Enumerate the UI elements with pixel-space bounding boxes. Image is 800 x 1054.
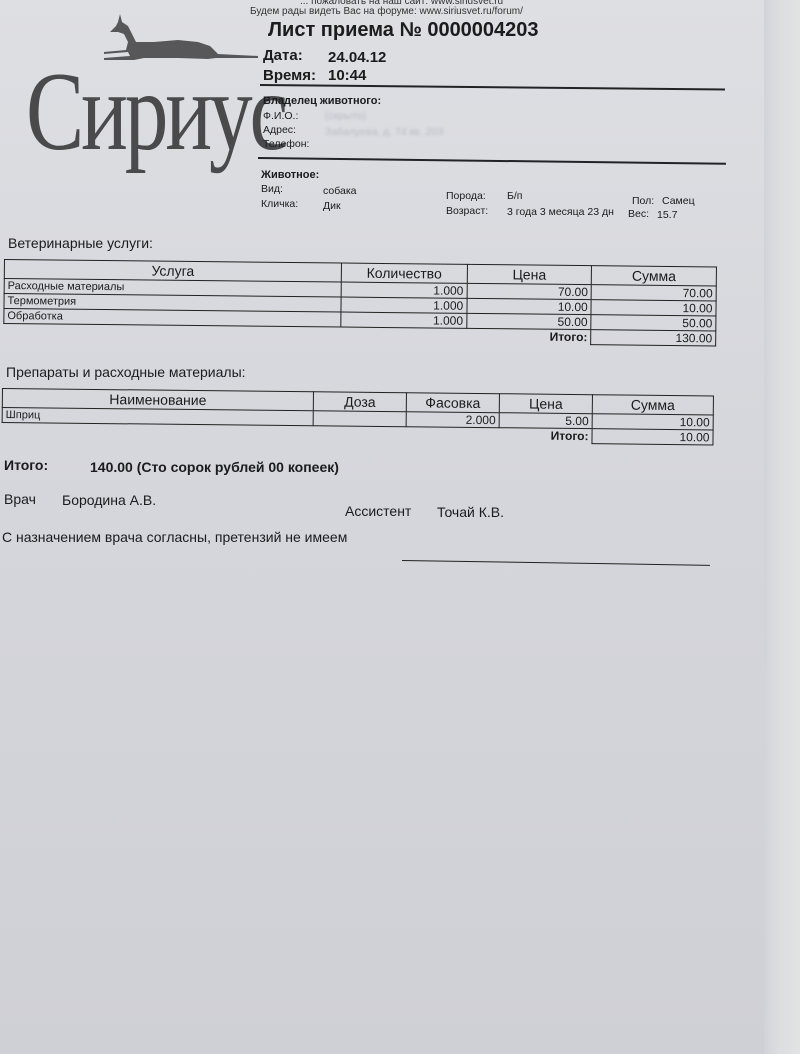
col-price: Цена (499, 394, 592, 414)
assistant-name: Точай К.В. (437, 504, 504, 520)
assistant-label: Ассистент (345, 503, 411, 519)
animal-section-label: Животное: (261, 169, 319, 181)
breed-value: Б/п (507, 190, 523, 202)
age-label: Возраст: (446, 205, 488, 217)
grand-total-value: 140.00 (Сто сорок рублей 00 копеек) (90, 459, 339, 475)
scanned-page: Сириус ... пожаловать на наш сайт: www.s… (0, 0, 800, 1054)
service-sum: 50.00 (591, 315, 716, 331)
pet-name-value: Дик (323, 200, 341, 212)
drug-dose (313, 411, 406, 427)
col-dose: Доза (313, 392, 406, 412)
clinic-logo: Сириус (18, 8, 248, 218)
drugs-total-label: Итого: (499, 428, 592, 444)
document-title: Лист приема № 0000004203 (268, 19, 539, 42)
services-section-title: Ветеринарные услуги: (8, 235, 153, 251)
doctor-label: Врач (4, 491, 36, 507)
col-quantity: Количество (341, 263, 467, 283)
species-value: собака (323, 185, 356, 197)
time-label: Время: (263, 67, 316, 84)
services-table: Услуга Количество Цена Сумма Расходные м… (3, 259, 717, 346)
col-pack: Фасовка (406, 393, 499, 413)
services-total-label: Итого: (466, 328, 591, 344)
service-price: 70.00 (467, 283, 592, 299)
service-sum: 10.00 (591, 300, 716, 316)
species-label: Вид: (261, 183, 283, 195)
service-qty: 1.000 (341, 297, 467, 313)
date-label: Дата: (263, 47, 303, 64)
col-sum: Сумма (592, 395, 713, 415)
service-price: 50.00 (466, 313, 591, 329)
grand-total-label: Итого: (4, 457, 48, 473)
header-divider (260, 84, 725, 90)
owner-divider (258, 157, 726, 165)
owner-address-value: Забалуева, д. 74 кв. 203 (325, 126, 443, 138)
drug-price: 5.00 (499, 413, 592, 429)
owner-address-label: Адрес: (263, 124, 296, 136)
services-total-value: 130.00 (591, 330, 716, 346)
pet-name-label: Кличка: (261, 198, 298, 210)
drugs-total-value: 10.00 (592, 429, 713, 445)
sex-value: Самец (662, 195, 695, 207)
scan-edge (764, 0, 800, 1054)
service-qty: 1.000 (341, 312, 467, 328)
weight-value: 15.7 (657, 209, 677, 221)
owner-name-value: (скрыто) (325, 110, 366, 122)
owner-name-label: Ф.И.О.: (263, 110, 298, 122)
service-price: 10.00 (467, 298, 592, 314)
breed-label: Порода: (446, 190, 486, 202)
consent-text: С назначением врача согласны, претензий … (2, 529, 347, 545)
signature-line (402, 560, 710, 566)
logo-text: Сириус (26, 48, 285, 177)
sex-label: Пол: (632, 195, 654, 207)
time-value: 10:44 (328, 67, 366, 84)
owner-section-label: Владелец животного: (263, 95, 381, 107)
drug-pack: 2.000 (406, 412, 499, 428)
service-sum: 70.00 (591, 285, 716, 301)
service-qty: 1.000 (341, 282, 467, 298)
drugs-table: Наименование Доза Фасовка Цена Сумма Шпр… (1, 388, 713, 445)
age-value: 3 года 3 месяца 23 дн (507, 206, 614, 218)
drugs-section-title: Препараты и расходные материалы: (6, 364, 246, 380)
owner-phone-label: Телефон: (263, 138, 309, 150)
doctor-name: Бородина А.В. (62, 492, 156, 508)
weight-label: Вес: (628, 208, 649, 220)
drug-sum: 10.00 (592, 414, 713, 430)
services-table-wrap: Услуга Количество Цена Сумма Расходные м… (3, 259, 717, 346)
col-price: Цена (467, 264, 592, 284)
date-value: 24.04.12 (328, 49, 386, 66)
forum-line: Будем рады видеть Вас на форуме: www.sir… (250, 6, 523, 17)
drugs-table-wrap: Наименование Доза Фасовка Цена Сумма Шпр… (1, 388, 713, 445)
col-sum: Сумма (591, 266, 716, 286)
